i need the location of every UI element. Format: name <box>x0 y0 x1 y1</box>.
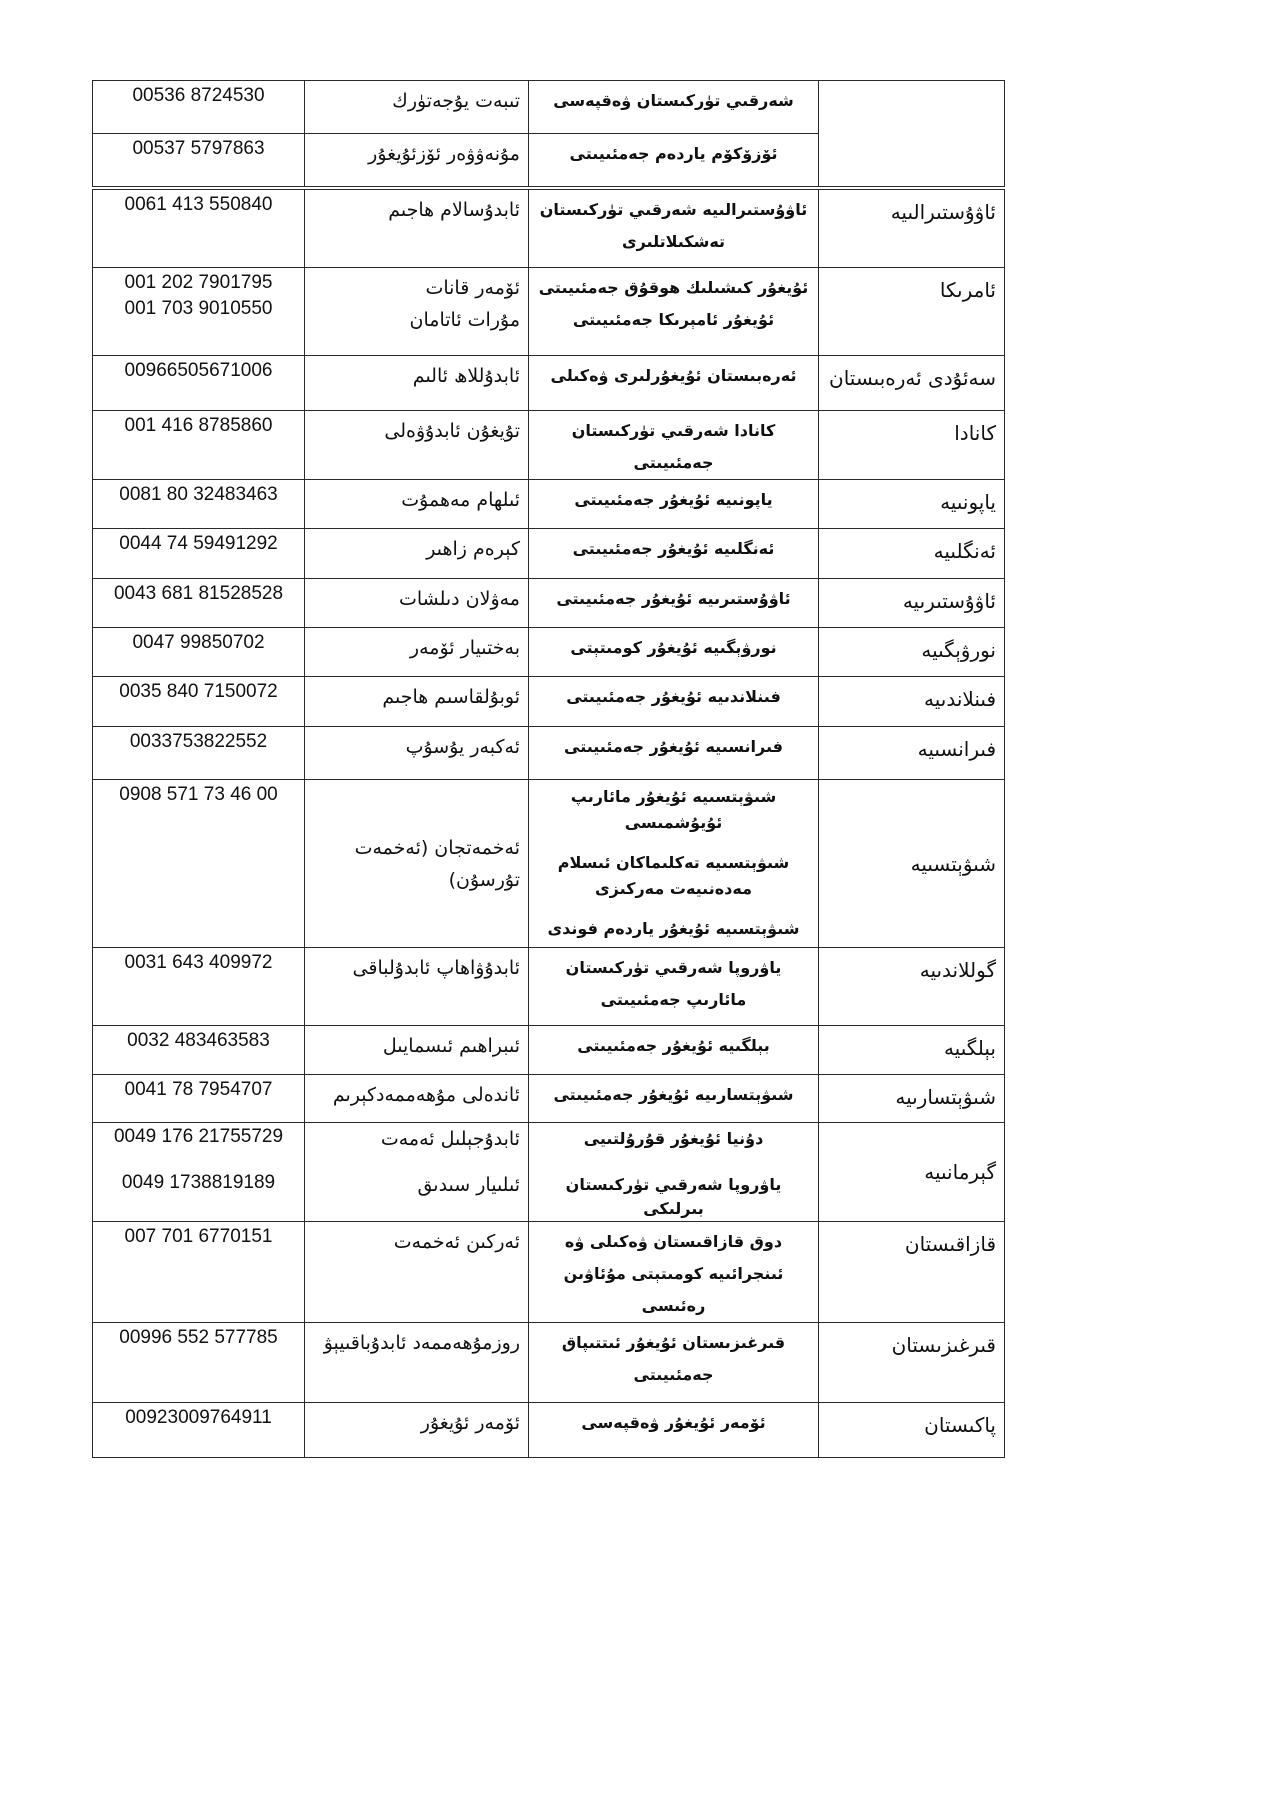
contact-name-cell: كېرەم زاھىر <box>305 529 529 579</box>
organization-cell: دوق قازاقىستان ۋەكىلى ۋە ئىنجرائىيە كومى… <box>529 1222 819 1323</box>
country-name: ئاۋۇستىرىيە <box>819 579 1004 613</box>
table-row: 00966505671006 ئابدۇللاھ ئالىم ئەرەبىستا… <box>93 356 1005 411</box>
contact-name-cell: بەختىيار ئۆمەر <box>305 628 529 677</box>
phone-number: 001 202 7901795 <box>93 270 304 296</box>
country-name: پاكىستان <box>819 1403 1004 1437</box>
country-name: نورۋېگىيە <box>819 628 1004 662</box>
table-row: 0061 413 550840 ئابدۇسالام ھاجىم ئاۋۇستى… <box>93 188 1005 268</box>
organization-cell: دۇنيا ئۇيغۇر قۇرۇلتىيىياۋروپا شەرقىي تۈر… <box>529 1123 819 1222</box>
country-name: ئامرىكا <box>819 268 1004 302</box>
contact-name: ئۆمەر ئۇيغۇر <box>313 1407 520 1439</box>
organization-name: ئۇيغۇر ئامېرىكا جەمئىيىتى <box>537 304 810 336</box>
country-cell: سەئۇدى ئەرەبىستان <box>819 356 1005 411</box>
table-row: 0908 571 73 46 00 ئەخمەتجان (ئەخمەت تۇرس… <box>93 780 1005 948</box>
country-cell: فىرانسىيە <box>819 727 1005 780</box>
organization-cell: فىنلاندىيە ئۇيغۇر جەمئىيىتى <box>529 677 819 727</box>
country-cell: ياپونىيە <box>819 480 1005 529</box>
organization-name: ئەنگلىيە ئۇيغۇر جەمئىيىتى <box>537 533 810 565</box>
organization-name: نورۋېگىيە ئۇيغۇر كومىتېتى <box>537 632 810 664</box>
contact-name-cell: تىبەت يۇجەتۈرك <box>305 81 529 134</box>
phone-cell: 0035 840 7150072 <box>93 677 305 727</box>
phone-cell: 0033753822552 <box>93 727 305 780</box>
contact-name-cell: ئەكبەر يۇسۇپ <box>305 727 529 780</box>
phone-number: 0035 840 7150072 <box>93 679 304 705</box>
organization-cell: ئاۋۇستىرالىيە شەرقىي تۈركىستان تەشكىلاتل… <box>529 188 819 268</box>
country-cell: فىنلاندىيە <box>819 677 1005 727</box>
organization-cell: شىۋېتسىيە ئۇيغۇر مائارىپ ئۇيۇشمىسى شىۋېت… <box>529 780 819 948</box>
organization-name: دوق قازاقىستان ۋەكىلى ۋە ئىنجرائىيە كومى… <box>537 1226 810 1322</box>
organization-cell: نورۋېگىيە ئۇيغۇر كومىتېتى <box>529 628 819 677</box>
contact-name: ئۆمەر قانات <box>313 272 520 304</box>
contact-name: ئوبۇلقاسىم ھاجىم <box>313 681 520 713</box>
organization-name: ئۆمەر ئۇيغۇر ۋەقپەسى <box>537 1407 810 1439</box>
organization-cell: ئەنگلىيە ئۇيغۇر جەمئىيىتى <box>529 529 819 579</box>
organization-name: ياۋروپا شەرقىي تۈركىستان بىرلىكى <box>537 1173 810 1221</box>
country-name <box>819 81 1004 91</box>
phone-number: 0047 99850702 <box>93 630 304 656</box>
phone-number: 0049 1738819189 <box>93 1171 304 1195</box>
table-row: 0041 78 7954707 ئاندەلى مۇھەممەدكېرىم شى… <box>93 1075 1005 1123</box>
contact-name: ئىلىيار سىدىق <box>313 1173 520 1197</box>
organization-cell: ئۇيغۇر كىشىلىك ھوقۇق جەمئىيىتىئۇيغۇر ئام… <box>529 268 819 356</box>
country-name: ئاۋۇستىرالىيە <box>819 190 1004 224</box>
contact-name-cell: ئوبۇلقاسىم ھاجىم <box>305 677 529 727</box>
country-cell: گېرمانىيە <box>819 1123 1005 1222</box>
country-name: بېلگىيە <box>819 1026 1004 1060</box>
country-name: گوللاندىيە <box>819 948 1004 982</box>
country-name: قىرغىزىستان <box>819 1323 1004 1357</box>
organization-name: فىرانسىيە ئۇيغۇر جەمئىيىتى <box>537 731 810 763</box>
organization-name: شىۋېتسارىيە ئۇيغۇر جەمئىيىتى <box>537 1079 810 1111</box>
phone-cell: 0049 176 217557290049 1738819189 <box>93 1123 305 1222</box>
phone-cell: 00537 5797863 <box>93 134 305 188</box>
phone-number: 0044 74 59491292 <box>93 531 304 557</box>
organization-cell: فىرانسىيە ئۇيغۇر جەمئىيىتى <box>529 727 819 780</box>
organization-name: قىرغىزىستان ئۇيغۇر ئىتتىپاق جەمئىيىتى <box>537 1327 810 1391</box>
phone-cell: 0044 74 59491292 <box>93 529 305 579</box>
country-cell: ئاۋۇستىرىيە <box>819 579 1005 628</box>
phone-cell: 0041 78 7954707 <box>93 1075 305 1123</box>
contact-name: كېرەم زاھىر <box>313 533 520 565</box>
table-row: 0033753822552 ئەكبەر يۇسۇپ فىرانسىيە ئۇي… <box>93 727 1005 780</box>
country-cell: بېلگىيە <box>819 1026 1005 1075</box>
phone-number: 0043 681 81528528 <box>93 581 304 607</box>
organization-cell: قىرغىزىستان ئۇيغۇر ئىتتىپاق جەمئىيىتى <box>529 1323 819 1403</box>
contact-name: بەختىيار ئۆمەر <box>313 632 520 664</box>
phone-number: 00537 5797863 <box>93 136 304 162</box>
country-name: گېرمانىيە <box>819 1160 1004 1184</box>
country-cell: ئاۋۇستىرالىيە <box>819 188 1005 268</box>
contact-name: ئابدۇسالام ھاجىم <box>313 194 520 226</box>
country-name: قازاقىستان <box>819 1222 1004 1256</box>
phone-number: 00923009764911 <box>93 1405 304 1431</box>
contact-name: تىبەت يۇجەتۈرك <box>313 85 520 117</box>
phone-number: 0031 643 409972 <box>93 950 304 976</box>
phone-cell: 00923009764911 <box>93 1403 305 1458</box>
phone-cell: 00536 8724530 <box>93 81 305 134</box>
phone-number: 001 703 9010550 <box>93 296 304 322</box>
organization-name: ياپونىيە ئۇيغۇر جەمئىيىتى <box>537 484 810 516</box>
table-row: 0047 99850702 بەختىيار ئۆمەر نورۋېگىيە ئ… <box>93 628 1005 677</box>
phone-cell: 001 416 8785860 <box>93 411 305 480</box>
country-cell: نورۋېگىيە <box>819 628 1005 677</box>
organization-name: ئۆزۆكۆم ياردەم جەمئىيىتى <box>537 138 810 170</box>
phone-cell: 0047 99850702 <box>93 628 305 677</box>
contact-name-cell: ئىلھام مەھمۇت <box>305 480 529 529</box>
country-cell: شىۋېتسارىيە <box>819 1075 1005 1123</box>
contact-name-cell: ئابدۇۋاھاپ ئابدۇلباقى <box>305 948 529 1026</box>
phone-number: 0033753822552 <box>93 729 304 755</box>
organization-cell: شىۋېتسارىيە ئۇيغۇر جەمئىيىتى <box>529 1075 819 1123</box>
table-row: 0032 483463583 ئىبراھىم ئىسمايىل بېلگىيە… <box>93 1026 1005 1075</box>
phone-number: 00536 8724530 <box>93 83 304 109</box>
organization-cell: ئاۋۇستىرىيە ئۇيغۇر جەمئىيىتى <box>529 579 819 628</box>
table-row: 001 202 7901795001 703 9010550 ئۆمەر قان… <box>93 268 1005 356</box>
table-row: 0044 74 59491292 كېرەم زاھىر ئەنگلىيە ئۇ… <box>93 529 1005 579</box>
contact-name: ئەركىن ئەخمەت <box>313 1226 520 1258</box>
contact-name: ئاندەلى مۇھەممەدكېرىم <box>313 1079 520 1111</box>
contact-name: ئابدۇللاھ ئالىم <box>313 360 520 392</box>
country-cell: قىرغىزىستان <box>819 1323 1005 1403</box>
phone-number: 0049 176 21755729 <box>93 1125 304 1149</box>
contact-name: ئەكبەر يۇسۇپ <box>313 731 520 763</box>
organization-cell: ياۋروپا شەرقىي تۈركىستان مائارىپ جەمئىيى… <box>529 948 819 1026</box>
document-page: 00536 8724530 تىبەت يۇجەتۈرك شەرقىي تۈرك… <box>0 0 1272 1800</box>
organization-name: شىۋېتسىيە ئۇيغۇر مائارىپ ئۇيۇشمىسى <box>537 784 810 836</box>
phone-number: 0041 78 7954707 <box>93 1077 304 1103</box>
country-name: ئەنگلىيە <box>819 529 1004 563</box>
phone-number: 001 416 8785860 <box>93 413 304 439</box>
contact-name-cell: ئەركىن ئەخمەت <box>305 1222 529 1323</box>
organization-name: ئەرەبىستان ئۇيغۇرلىرى ۋەكىلى <box>537 360 810 392</box>
contact-name: ئابدۇجېلىل ئەمەت <box>313 1127 520 1151</box>
phone-cell: 0908 571 73 46 00 <box>93 780 305 948</box>
table-row: 00923009764911 ئۆمەر ئۇيغۇر ئۆمەر ئۇيغۇر… <box>93 1403 1005 1458</box>
country-cell: قازاقىستان <box>819 1222 1005 1323</box>
country-name: شىۋېتسارىيە <box>819 1075 1004 1109</box>
table-row: 0081 80 32483463 ئىلھام مەھمۇت ياپونىيە … <box>93 480 1005 529</box>
contact-name: مۇنەۋۋەر ئۆزئۇيغۇر <box>313 138 520 170</box>
organization-name: شىۋېتسىيە ئۇيغۇر ياردەم فوندى <box>537 916 810 942</box>
contact-name-cell: مەۋلان دىلشات <box>305 579 529 628</box>
organization-cell: ئۆمەر ئۇيغۇر ۋەقپەسى <box>529 1403 819 1458</box>
contact-name-cell: مۇنەۋۋەر ئۆزئۇيغۇر <box>305 134 529 188</box>
phone-number: 0081 80 32483463 <box>93 482 304 508</box>
organization-name: بېلگىيە ئۇيغۇر جەمئىيىتى <box>537 1030 810 1062</box>
contact-name-cell: ئاندەلى مۇھەممەدكېرىم <box>305 1075 529 1123</box>
phone-cell: 00966505671006 <box>93 356 305 411</box>
contact-name: ئىبراھىم ئىسمايىل <box>313 1030 520 1062</box>
table-row: 0031 643 409972 ئابدۇۋاھاپ ئابدۇلباقى يا… <box>93 948 1005 1026</box>
country-cell: كانادا <box>819 411 1005 480</box>
contact-name: ئابدۇۋاھاپ ئابدۇلباقى <box>313 952 520 984</box>
contact-name: مۇرات ئاتامان <box>313 304 520 336</box>
country-cell: پاكىستان <box>819 1403 1005 1458</box>
contact-name: مەۋلان دىلشات <box>313 583 520 615</box>
contact-name-cell: روزمۇھەممەد ئابدۇباقىيېۋ <box>305 1323 529 1403</box>
country-name: فىنلاندىيە <box>819 677 1004 711</box>
country-name: شىۋېتسىيە <box>819 852 1004 876</box>
organization-name: فىنلاندىيە ئۇيغۇر جەمئىيىتى <box>537 681 810 713</box>
organization-name: كانادا شەرقىي تۈركىستان جەمئىيىتى <box>537 415 810 479</box>
contact-name-cell: ئابدۇسالام ھاجىم <box>305 188 529 268</box>
contact-name: ئىلھام مەھمۇت <box>313 484 520 516</box>
contact-name-cell: ئابدۇللاھ ئالىم <box>305 356 529 411</box>
country-cell <box>819 81 1005 188</box>
table-row: 001 416 8785860 تۇيغۇن ئابدۇۋەلى كانادا … <box>93 411 1005 480</box>
phone-number: 0061 413 550840 <box>93 192 304 218</box>
country-cell: شىۋېتسىيە <box>819 780 1005 948</box>
contact-name: ئەخمەتجان (ئەخمەت تۇرسۇن) <box>313 832 520 896</box>
phone-cell: 0043 681 81528528 <box>93 579 305 628</box>
phone-cell: 001 202 7901795001 703 9010550 <box>93 268 305 356</box>
table-row: 0035 840 7150072 ئوبۇلقاسىم ھاجىم فىنلان… <box>93 677 1005 727</box>
contact-name-cell: ئابدۇجېلىل ئەمەتئىلىيار سىدىق <box>305 1123 529 1222</box>
phone-cell: 0032 483463583 <box>93 1026 305 1075</box>
phone-number: 007 701 6770151 <box>93 1224 304 1250</box>
organization-name: شەرقىي تۈركىستان ۋەقپەسى <box>537 85 810 117</box>
phone-number: 00996 552 577785 <box>93 1325 304 1351</box>
phone-number: 00966505671006 <box>93 358 304 384</box>
country-cell: گوللاندىيە <box>819 948 1005 1026</box>
organization-name: ياۋروپا شەرقىي تۈركىستان مائارىپ جەمئىيى… <box>537 952 810 1016</box>
organization-cell: ئۆزۆكۆم ياردەم جەمئىيىتى <box>529 134 819 188</box>
phone-cell: 0061 413 550840 <box>93 188 305 268</box>
country-name: كانادا <box>819 411 1004 445</box>
table-row: 00536 8724530 تىبەت يۇجەتۈرك شەرقىي تۈرك… <box>93 81 1005 134</box>
organization-cell: شەرقىي تۈركىستان ۋەقپەسى <box>529 81 819 134</box>
contact-name: روزمۇھەممەد ئابدۇباقىيېۋ <box>313 1327 520 1359</box>
organization-name: ئاۋۇستىرالىيە شەرقىي تۈركىستان تەشكىلاتل… <box>537 194 810 258</box>
country-name: فىرانسىيە <box>819 727 1004 761</box>
contact-name-cell: ئەخمەتجان (ئەخمەت تۇرسۇن) <box>305 780 529 948</box>
organization-cell: ئەرەبىستان ئۇيغۇرلىرى ۋەكىلى <box>529 356 819 411</box>
phone-number: 0908 571 73 46 00 <box>93 782 304 808</box>
table-row: 0049 176 217557290049 1738819189 ئابدۇجې… <box>93 1123 1005 1222</box>
table-row: 007 701 6770151 ئەركىن ئەخمەت دوق قازاقى… <box>93 1222 1005 1323</box>
contact-name-cell: تۇيغۇن ئابدۇۋەلى <box>305 411 529 480</box>
contact-name-cell: ئۆمەر قاناتمۇرات ئاتامان <box>305 268 529 356</box>
table-row: 0043 681 81528528 مەۋلان دىلشات ئاۋۇستىر… <box>93 579 1005 628</box>
organization-cell: ياپونىيە ئۇيغۇر جەمئىيىتى <box>529 480 819 529</box>
country-name: ياپونىيە <box>819 480 1004 514</box>
contact-name-cell: ئۆمەر ئۇيغۇر <box>305 1403 529 1458</box>
country-cell: ئەنگلىيە <box>819 529 1005 579</box>
contact-name-cell: ئىبراھىم ئىسمايىل <box>305 1026 529 1075</box>
country-cell: ئامرىكا <box>819 268 1005 356</box>
organization-name: دۇنيا ئۇيغۇر قۇرۇلتىيى <box>537 1127 810 1151</box>
contacts-table: 00536 8724530 تىبەت يۇجەتۈرك شەرقىي تۈرك… <box>92 80 1005 1458</box>
organization-cell: كانادا شەرقىي تۈركىستان جەمئىيىتى <box>529 411 819 480</box>
table-row: 00996 552 577785 روزمۇھەممەد ئابدۇباقىيې… <box>93 1323 1005 1403</box>
organization-name: ئۇيغۇر كىشىلىك ھوقۇق جەمئىيىتى <box>537 272 810 304</box>
country-name: سەئۇدى ئەرەبىستان <box>819 356 1004 390</box>
organization-cell: بېلگىيە ئۇيغۇر جەمئىيىتى <box>529 1026 819 1075</box>
organization-name: ئاۋۇستىرىيە ئۇيغۇر جەمئىيىتى <box>537 583 810 615</box>
organization-name: شىۋېتسىيە تەكلىماكان ئىسلام مەدەنىيەت مە… <box>537 850 810 902</box>
phone-cell: 0081 80 32483463 <box>93 480 305 529</box>
phone-cell: 00996 552 577785 <box>93 1323 305 1403</box>
phone-cell: 0031 643 409972 <box>93 948 305 1026</box>
contact-name: تۇيغۇن ئابدۇۋەلى <box>313 415 520 447</box>
phone-cell: 007 701 6770151 <box>93 1222 305 1323</box>
phone-number: 0032 483463583 <box>93 1028 304 1054</box>
